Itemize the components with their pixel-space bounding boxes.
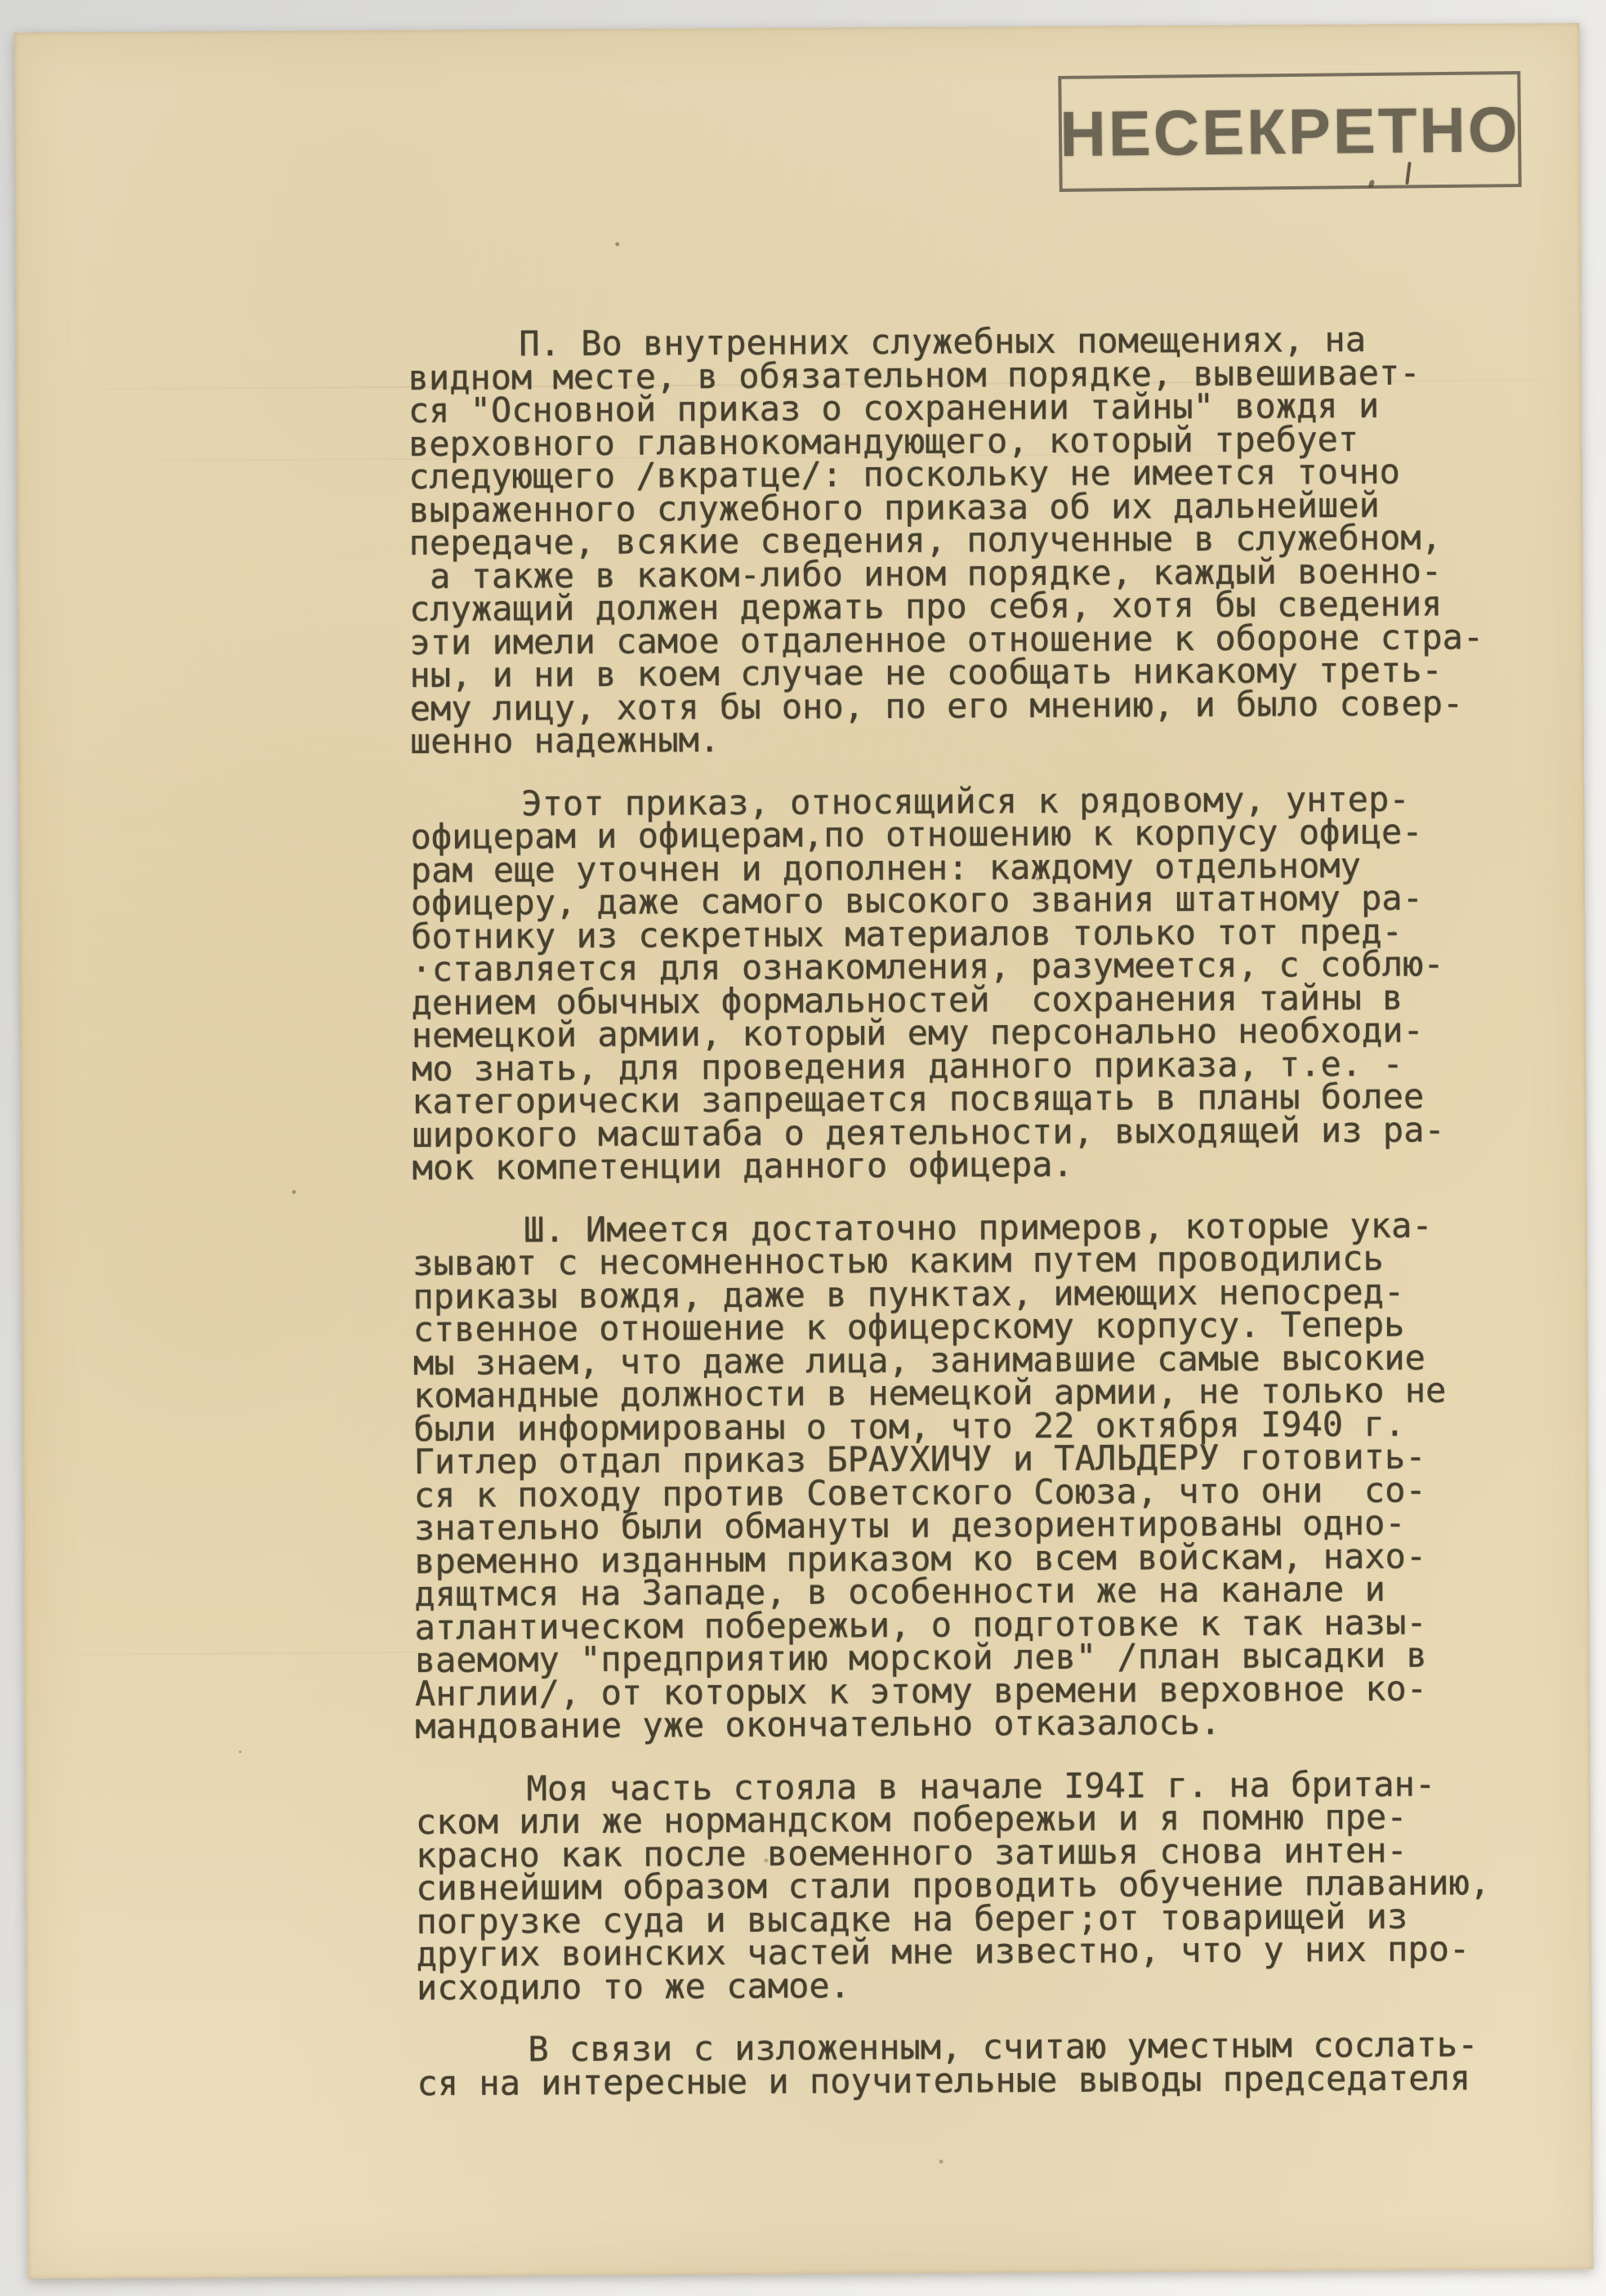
typewritten-text: П. Во внутренних служебных помещениях, н… (408, 323, 1561, 2129)
paragraph: Моя часть стояла в начале I94I г. на бри… (415, 1767, 1559, 2004)
paragraph: В связи с изложенным, считаю уместным со… (417, 2028, 1560, 2100)
paper-specks (15, 33, 17, 35)
paragraph: Этот приказ, относящийся к рядовому, унт… (410, 782, 1556, 1184)
text-line: других воинских частей мне известно, что… (417, 1933, 1560, 1972)
text-line: мок компетенции данного офицера. (413, 1146, 1556, 1185)
text-line: исходило то же самое. (417, 1965, 1560, 2004)
text-line: мандование уже окончательно отказалось. (415, 1705, 1559, 1744)
text-line: ся на интересные и поучительные выводы п… (417, 2061, 1560, 2100)
scanned-document-page: НЕСЕКРЕТНО П. Во внутренних служебных по… (0, 0, 1606, 2296)
unclassified-stamp: НЕСЕКРЕТНО (1058, 71, 1521, 192)
paragraph: П. Во внутренних служебных помещениях, н… (408, 323, 1554, 759)
stamp-label: НЕСЕКРЕТНО (1060, 92, 1520, 172)
paragraph: Ш. Имеется достаточно примеров, которые … (413, 1208, 1559, 1743)
text-line: ему лицу, хотя бы оно, по его мнению, и … (410, 686, 1554, 725)
